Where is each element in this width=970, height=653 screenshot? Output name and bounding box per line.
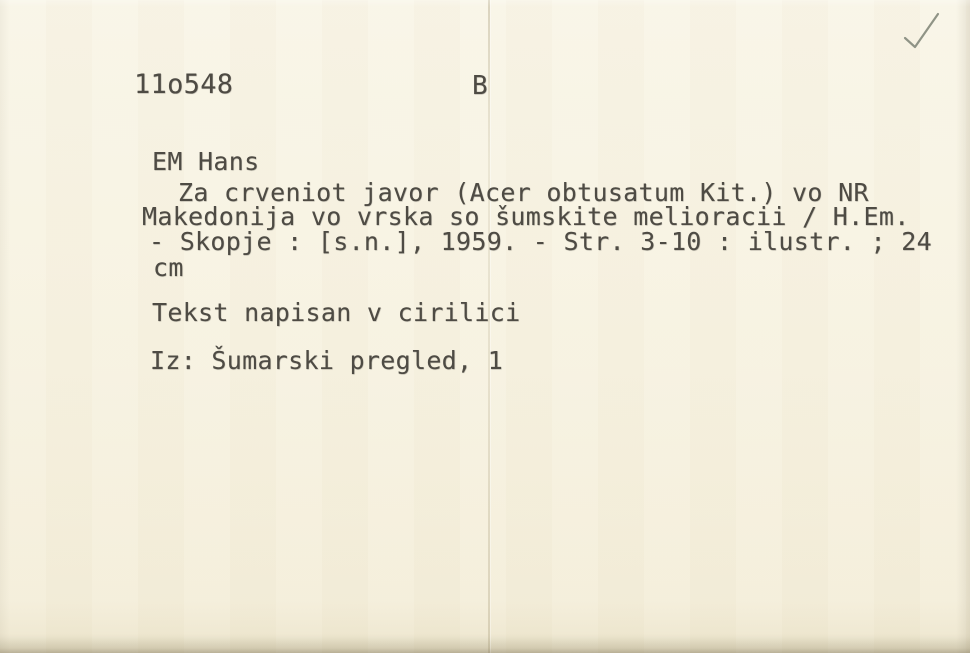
source-note: Iz: Šumarski pregled, 1	[150, 348, 503, 373]
language-note: Tekst napisan v cirilici	[152, 300, 520, 325]
checkmark-icon	[895, 8, 947, 54]
call-number: 11o548	[134, 71, 233, 98]
catalog-card: 11o548 B EM Hans Za crveniot javor (Acer…	[0, 0, 970, 653]
author-heading: EM Hans	[152, 149, 259, 174]
title-line-3: - Skopje : [s.n.], 1959. - Str. 3-10 : i…	[149, 229, 932, 254]
title-line-2: Makedonija vo vrska so šumskite meliorac…	[142, 204, 910, 229]
classification-letter: B	[472, 73, 488, 99]
title-line-4: cm	[153, 255, 184, 280]
